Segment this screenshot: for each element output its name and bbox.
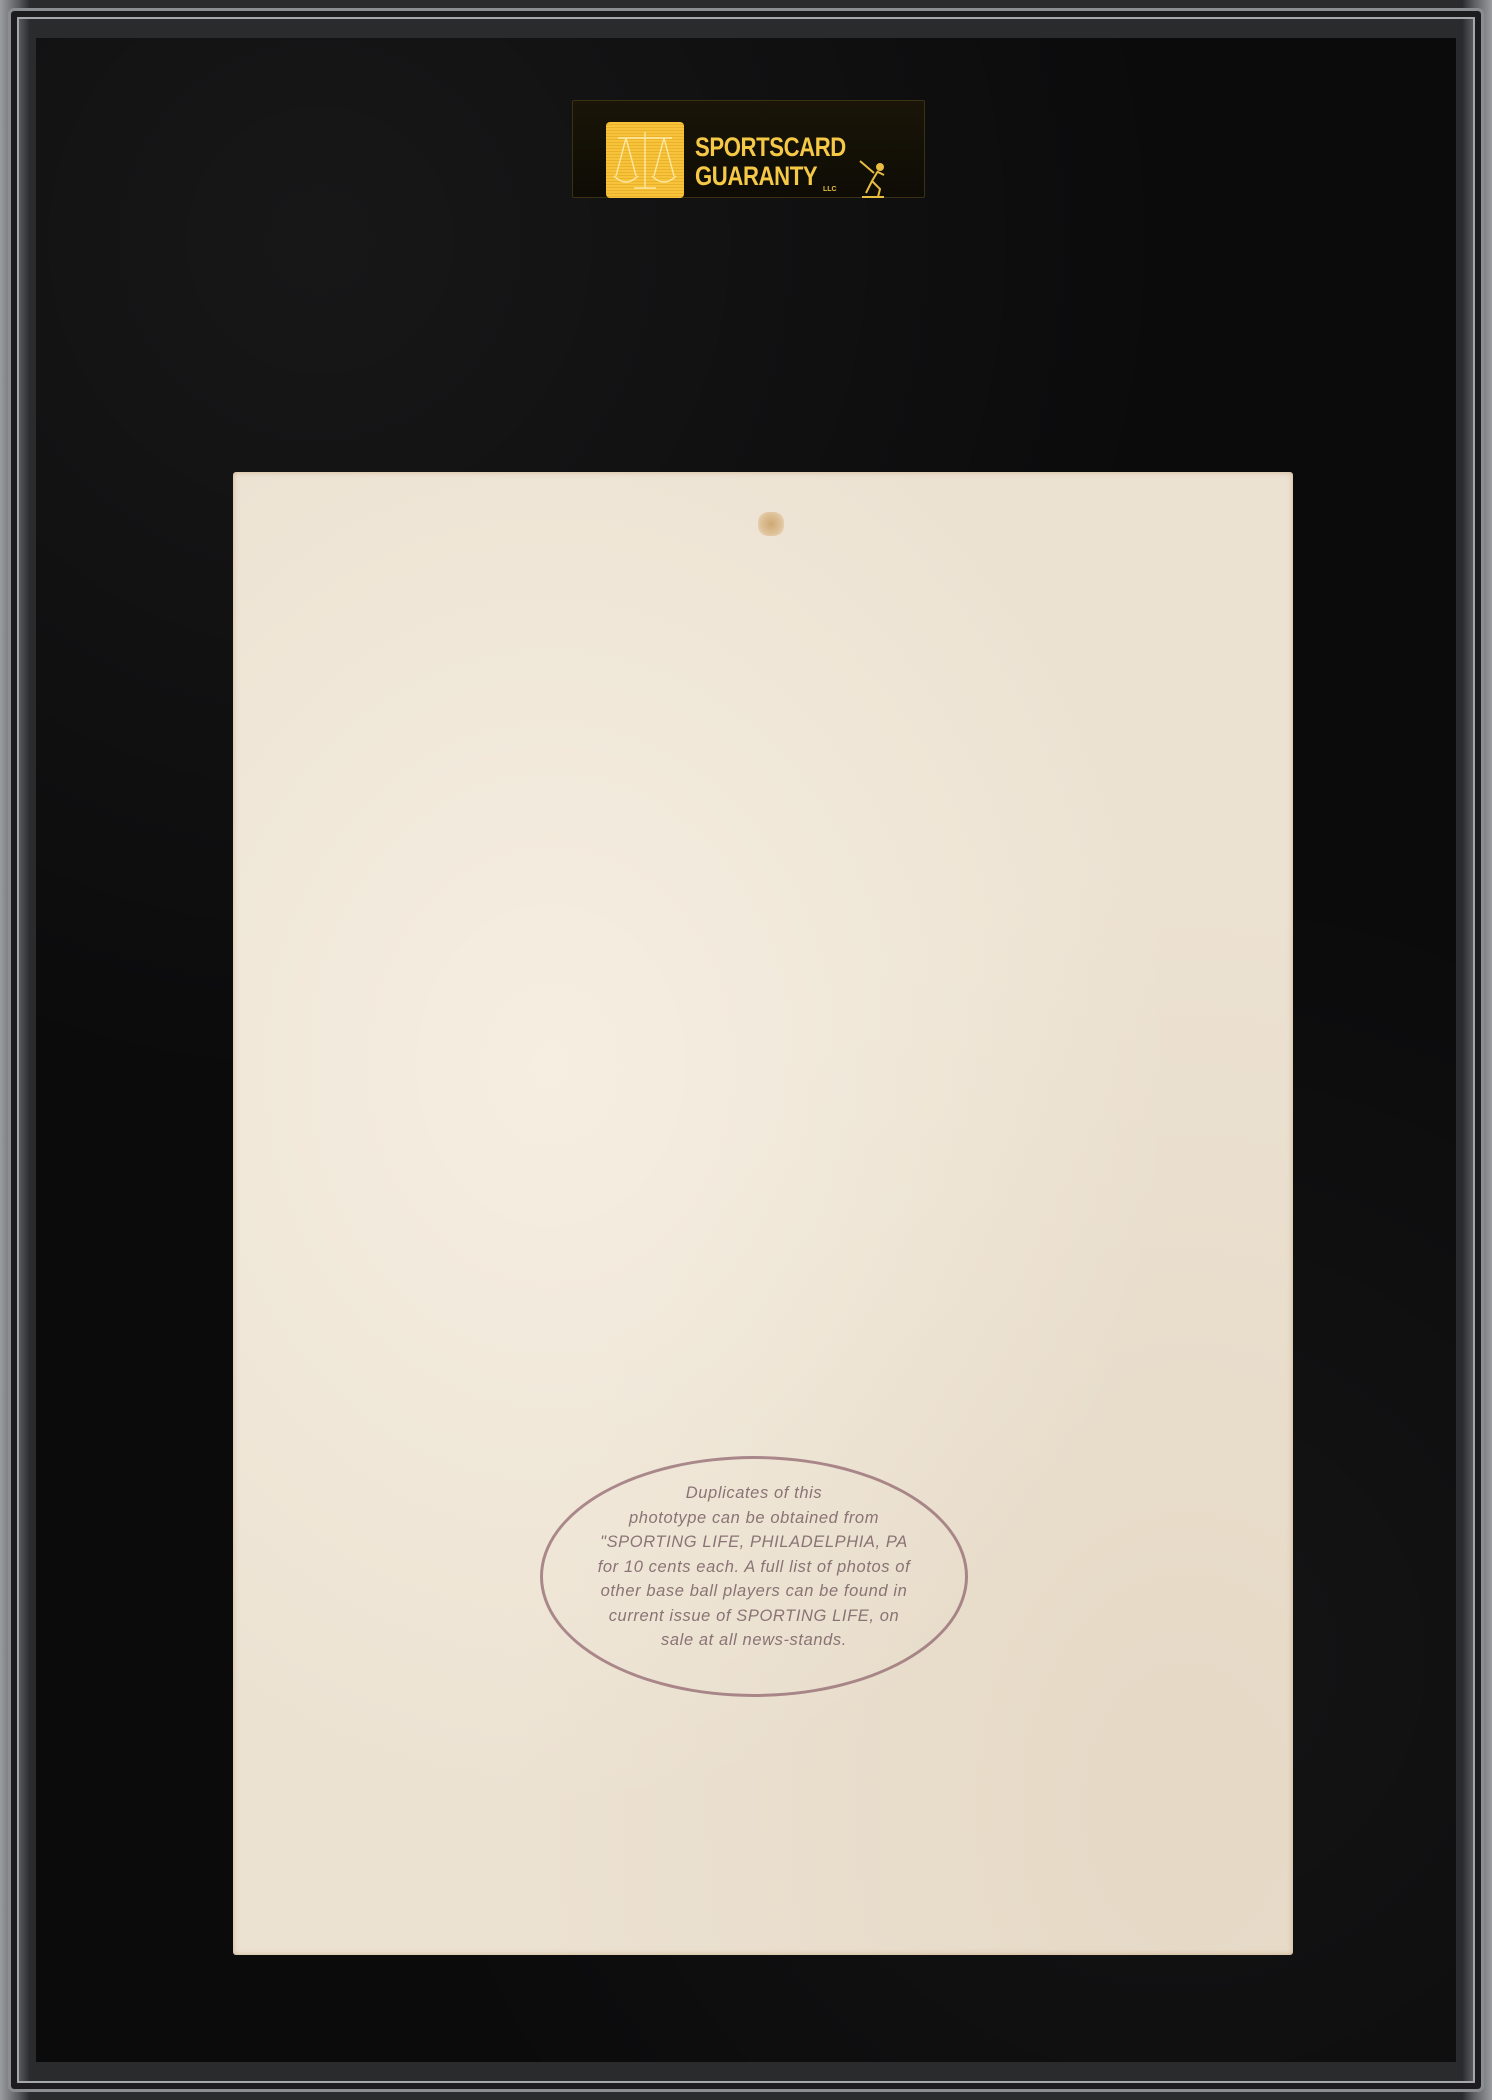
stamp-line: other base ball players can be found in — [543, 1579, 965, 1604]
stamp-line: phototype can be obtained from — [543, 1506, 965, 1531]
card-back: Duplicates of this phototype can be obta… — [233, 472, 1293, 1955]
stamp-line: "SPORTING LIFE, PHILADELPHIA, PA — [543, 1530, 965, 1555]
sgc-brand-name: SPORTSCARD GUARANTY — [695, 133, 846, 191]
sporting-life-stamp: Duplicates of this phototype can be obta… — [540, 1456, 968, 1697]
stamp-line: current issue of SPORTING LIFE, on — [543, 1604, 965, 1629]
stamp-line: Duplicates of this — [543, 1481, 965, 1506]
brand-suffix: LLC — [823, 186, 837, 193]
stamp-line: sale at all news-stands. — [543, 1628, 965, 1653]
stamp-line: for 10 cents each. A full list of photos… — [543, 1555, 965, 1580]
grading-slab: SPORTSCARD GUARANTY LLC Duplicates of th… — [0, 0, 1492, 2100]
brand-line-1: SPORTSCARD — [695, 133, 846, 162]
paper-blemish — [758, 512, 784, 536]
sgc-label: SPORTSCARD GUARANTY LLC — [572, 100, 925, 198]
scales-of-justice-icon — [606, 122, 684, 198]
baseball-batter-icon — [858, 159, 892, 199]
stamp-text: Duplicates of this phototype can be obta… — [543, 1481, 965, 1653]
